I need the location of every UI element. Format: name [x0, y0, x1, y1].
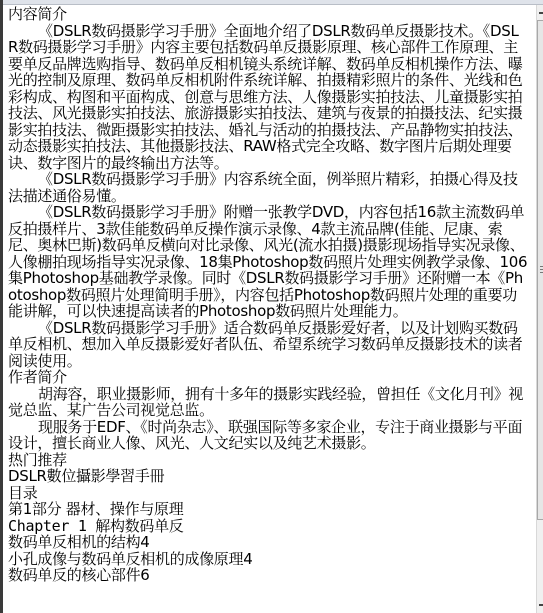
toc-item: 数码单反的核心部件6: [8, 567, 528, 584]
hot-recommend-title: DSLR數位攝影學習手冊: [8, 468, 528, 485]
toc-heading: 目录: [8, 485, 528, 502]
intro-paragraph-1: 《DSLR数码摄影学习手册》全面地介绍了DSLR数码单反摄影技术。《DSLR数码…: [8, 23, 528, 172]
toc-item: 小孔成像与数码单反相机的成像原理4: [8, 551, 528, 568]
hot-recommend-heading: 热门推荐: [8, 452, 528, 469]
scroll-down-arrow-icon[interactable]: [539, 604, 543, 606]
text-document: 内容简介 《DSLR数码摄影学习手册》全面地介绍了DSLR数码单反摄影技术。《D…: [8, 6, 528, 584]
window-left-border: [0, 0, 3, 613]
section-heading-author: 作者简介: [8, 369, 528, 386]
window-top-edge: [0, 0, 543, 5]
scroll-up-arrow-icon[interactable]: [539, 12, 543, 14]
intro-paragraph-3: 《DSLR数码摄影学习手册》附赠一张教学DVD，内容包括16款主流数码单反拍摄样…: [8, 204, 528, 320]
author-paragraph-1: 胡海容，职业摄影师，拥有十多年的摄影实践经验，曾担任《文化月刊》视觉总监、某广告…: [8, 386, 528, 419]
toc-item: Chapter 1 解构数码单反: [8, 518, 528, 535]
intro-paragraph-2: 《DSLR数码摄影学习手册》内容系统全面，例举照片精彩，拍摄心得及技法描述通俗易…: [8, 171, 528, 204]
intro-paragraph-4: 《DSLR数码摄影学习手册》适合数码单反摄影爱好者，以及计划购买数码单反相机、想…: [8, 320, 528, 370]
author-paragraph-2: 现服务于EDF、《时尚杂志》、联强国际等多家企业，专注于商业摄影与平面设计，擅长…: [8, 419, 528, 452]
toc-item: 第1部分 器材、操作与原理: [8, 501, 528, 518]
toc-item: 数码单反相机的结构4: [8, 534, 528, 551]
section-heading-intro: 内容简介: [8, 6, 528, 23]
